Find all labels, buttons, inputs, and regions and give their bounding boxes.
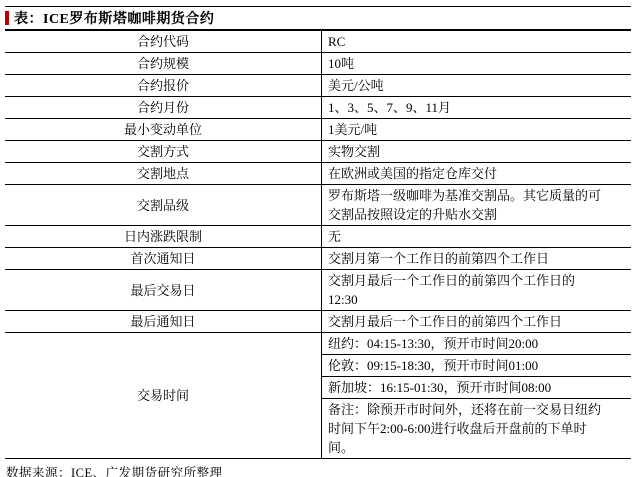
table-row-trading-time: 交易时间 纽约：04:15-13:30，预开市时间20:00	[5, 333, 631, 355]
spec-label: 合约规模	[5, 53, 322, 75]
spec-value: 交割月最后一个工作日的前第四个工作日的 12:30	[322, 270, 632, 311]
spec-value: 在欧洲或美国的指定仓库交付	[322, 163, 632, 185]
table-row: 交割品级 罗布斯塔一级咖啡为基准交割品。其它质量的可 交割品按照设定的升贴水交割	[5, 185, 631, 226]
spec-value: 美元/公吨	[322, 75, 632, 97]
trading-time-singapore: 新加坡：16:15-01:30，预开市时间08:00	[322, 377, 632, 399]
table-row: 合约报价 美元/公吨	[5, 75, 631, 97]
spec-label: 交割方式	[5, 141, 322, 163]
trading-time-note: 备注：除预开市时间外，还将在前一交易日纽约 时间下午2:00-6:00进行收盘后…	[322, 399, 632, 459]
table-title-row: 表：ICE罗布斯塔咖啡期货合约	[5, 6, 631, 29]
spec-label: 最后通知日	[5, 311, 322, 333]
spec-value: 实物交割	[322, 141, 632, 163]
spec-value: RC	[322, 30, 632, 53]
spec-value: 1、3、5、7、9、11月	[322, 97, 632, 119]
spec-label: 日内涨跌限制	[5, 226, 322, 248]
spec-label: 合约代码	[5, 30, 322, 53]
table-title: 表：ICE罗布斯塔咖啡期货合约	[14, 8, 214, 28]
table-row: 合约月份 1、3、5、7、9、11月	[5, 97, 631, 119]
table-row: 首次通知日 交割月第一个工作日的前第四个工作日	[5, 248, 631, 270]
contract-spec-table: 合约代码 RC 合约规模 10吨 合约报价 美元/公吨 合约月份 1、3、5、7…	[5, 29, 631, 459]
spec-value: 无	[322, 226, 632, 248]
spec-value: 10吨	[322, 53, 632, 75]
data-source-note: 数据来源：ICE、广发期货研究所整理	[5, 459, 631, 477]
table-row: 最后通知日 交割月最后一个工作日的前第四个工作日	[5, 311, 631, 333]
spec-value: 1美元/吨	[322, 119, 632, 141]
trading-time-newyork: 纽约：04:15-13:30，预开市时间20:00	[322, 333, 632, 355]
spec-label: 合约报价	[5, 75, 322, 97]
spec-label: 交割地点	[5, 163, 322, 185]
trading-time-label: 交易时间	[5, 333, 322, 459]
spec-value: 交割月最后一个工作日的前第四个工作日	[322, 311, 632, 333]
spec-label: 最小变动单位	[5, 119, 322, 141]
spec-value: 罗布斯塔一级咖啡为基准交割品。其它质量的可 交割品按照设定的升贴水交割	[322, 185, 632, 226]
title-accent-bar	[5, 11, 9, 25]
spec-label: 交割品级	[5, 185, 322, 226]
table-row: 日内涨跌限制 无	[5, 226, 631, 248]
spec-value: 交割月第一个工作日的前第四个工作日	[322, 248, 632, 270]
trading-time-london: 伦敦：09:15-18:30，预开市时间01:00	[322, 355, 632, 377]
spec-label: 合约月份	[5, 97, 322, 119]
table-row: 合约代码 RC	[5, 30, 631, 53]
table-row: 最后交易日 交割月最后一个工作日的前第四个工作日的 12:30	[5, 270, 631, 311]
spec-label: 最后交易日	[5, 270, 322, 311]
table-row: 最小变动单位 1美元/吨	[5, 119, 631, 141]
table-row: 交割地点 在欧洲或美国的指定仓库交付	[5, 163, 631, 185]
table-row: 合约规模 10吨	[5, 53, 631, 75]
table-row: 交割方式 实物交割	[5, 141, 631, 163]
report-table-page: 表：ICE罗布斯塔咖啡期货合约 合约代码 RC 合约规模 10吨 合约报价 美元…	[0, 0, 636, 477]
spec-label: 首次通知日	[5, 248, 322, 270]
